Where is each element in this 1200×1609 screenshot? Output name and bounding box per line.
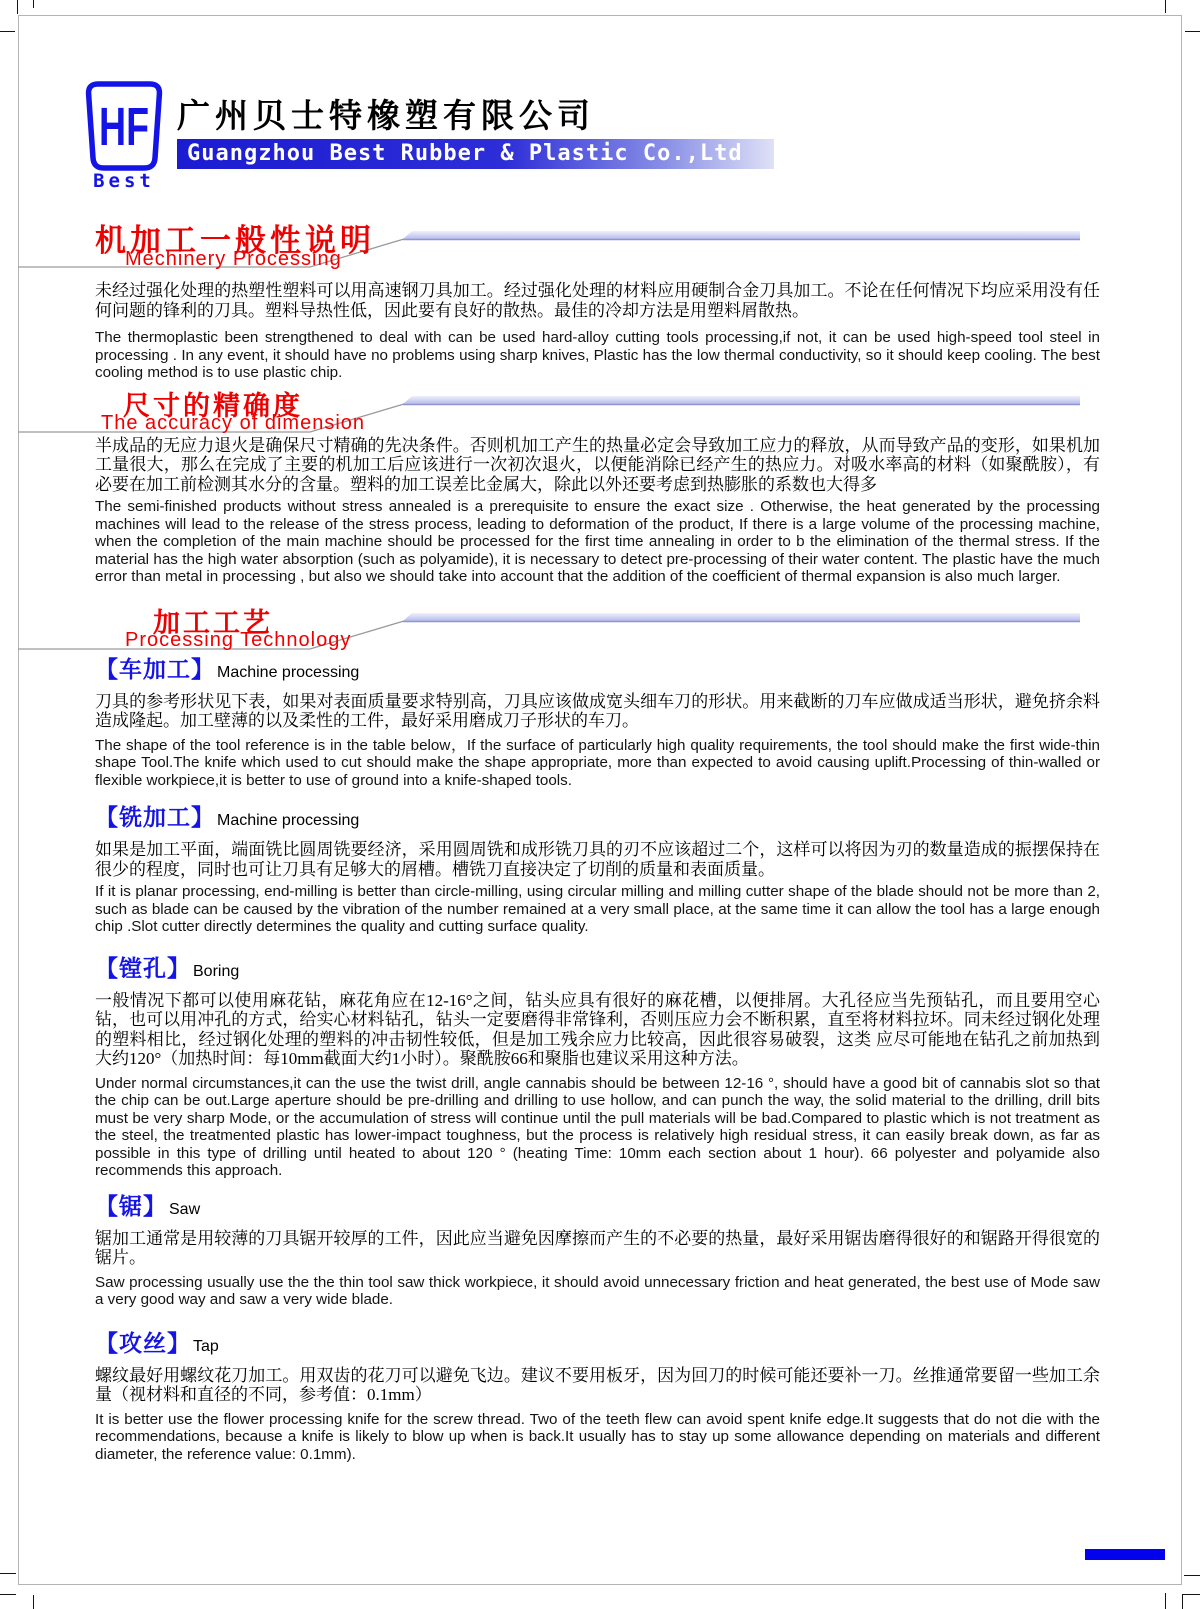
logo-monogram: HF — [99, 97, 149, 157]
subsection-header-turning: 【车加工】Machine processing — [95, 651, 1100, 684]
paragraph-en: The thermoplastic been strengthened to d… — [95, 329, 1100, 382]
crop-mark — [1165, 1593, 1166, 1609]
crop-mark — [1182, 1594, 1183, 1609]
subsection-title-en: Tap — [193, 1338, 219, 1355]
crop-mark — [0, 31, 15, 32]
crop-mark — [0, 1594, 16, 1595]
subsection-title-en: Machine processing — [217, 664, 359, 681]
subsection-title-en: Boring — [193, 963, 239, 980]
section-header-accuracy: 尺寸的精确度 The accuracy of dimension — [95, 382, 1100, 438]
paragraph-cn: 如果是加工平面，端面铣比圆周铣要经济，采用圆周铣和成形铣刀具的刃不应该超过二个，… — [95, 840, 1100, 879]
crop-mark — [1184, 1575, 1200, 1576]
company-name-cn: 广州贝士特橡塑有限公司 — [177, 90, 595, 137]
logo-caption: Best — [78, 170, 170, 192]
paragraph-cn: 未经过强化处理的热塑性塑料可以用高速钢刀具加工。经过强化处理的材料应用硬制合金刀… — [95, 281, 1100, 320]
crop-mark — [1182, 1594, 1200, 1595]
company-name-banner: Guangzhou Best Rubber & Plastic Co.,Ltd — [177, 139, 774, 169]
page-content: HF Best 广州贝士特橡塑有限公司 Guangzhou Best Rubbe… — [95, 78, 1100, 1463]
subsection-title-cn: 【锯】 — [95, 1193, 167, 1219]
section-header-machinery: 机加工一般性说明 Mechinery Processing — [95, 217, 1100, 273]
paragraph-cn: 刀具的参考形状见下表，如果对表面质量要求特别高，刀具应该做成宽头细车刀的形状。用… — [95, 692, 1100, 731]
crop-mark — [33, 0, 34, 8]
crop-mark — [1185, 31, 1200, 32]
subsection-title-en: Saw — [169, 1201, 200, 1218]
subsection-header-tap: 【攻丝】Tap — [95, 1325, 1100, 1358]
company-logo: HF Best — [78, 81, 170, 192]
subsection-title-cn: 【车加工】 — [95, 656, 215, 682]
paragraph-cn: 螺纹最好用螺纹花刀加工。用双齿的花刀可以避免飞边。建议不要用板牙，因为回刀的时候… — [95, 1366, 1100, 1405]
subsection-title-en: Machine processing — [217, 812, 359, 829]
subsection-title-cn: 【铣加工】 — [95, 804, 215, 830]
paragraph-en: Saw processing usually use the the thin … — [95, 1274, 1100, 1309]
paragraph-cn: 半成品的无应力退火是确保尺寸精确的先决条件。否则机加工产生的热量必定会导致加工应… — [95, 436, 1100, 495]
paragraph-en: Under normal circumstances,it can the us… — [95, 1075, 1100, 1180]
subsection-header-milling: 【铣加工】Machine processing — [95, 799, 1100, 832]
section-title-en: Mechinery Processing — [125, 248, 342, 271]
paragraph-cn: 锯加工通常是用较薄的刀具锯开较厚的工件，因此应当避免因摩擦而产生的不必要的热量，… — [95, 1229, 1100, 1268]
crop-mark — [33, 1595, 34, 1609]
footer-accent-bar — [1085, 1549, 1165, 1560]
crop-mark — [1165, 0, 1166, 13]
subsection-title-cn: 【镗孔】 — [95, 955, 191, 981]
section-title-en: The accuracy of dimension — [101, 412, 365, 435]
paragraph-en: The shape of the tool reference is in th… — [95, 737, 1100, 790]
hf-logo-icon: HF — [83, 81, 165, 171]
paragraph-en: If it is planar processing, end-milling … — [95, 883, 1100, 936]
crop-mark — [0, 1573, 16, 1574]
subsection-header-saw: 【锯】Saw — [95, 1188, 1100, 1221]
paragraph-en: It is better use the flower processing k… — [95, 1411, 1100, 1464]
paragraph-cn: 一般情况下都可以使用麻花钻，麻花角应在12-16°之间，钻头应具有很好的麻花槽，… — [95, 991, 1100, 1069]
subsection-title-cn: 【攻丝】 — [95, 1330, 191, 1356]
crop-mark — [17, 0, 18, 14]
company-name-en: Guangzhou Best Rubber & Plastic Co.,Ltd — [187, 141, 743, 166]
section-header-processing-technology: 加工工艺 Processing Technology — [95, 599, 1100, 655]
document-page: HF Best 广州贝士特橡塑有限公司 Guangzhou Best Rubbe… — [0, 0, 1200, 1609]
subsection-header-boring: 【镗孔】Boring — [95, 950, 1100, 983]
company-header: HF Best 广州贝士特橡塑有限公司 Guangzhou Best Rubbe… — [95, 78, 1100, 190]
paragraph-en: The semi-finished products without stres… — [95, 498, 1100, 586]
section-title-en: Processing Technology — [125, 629, 351, 652]
